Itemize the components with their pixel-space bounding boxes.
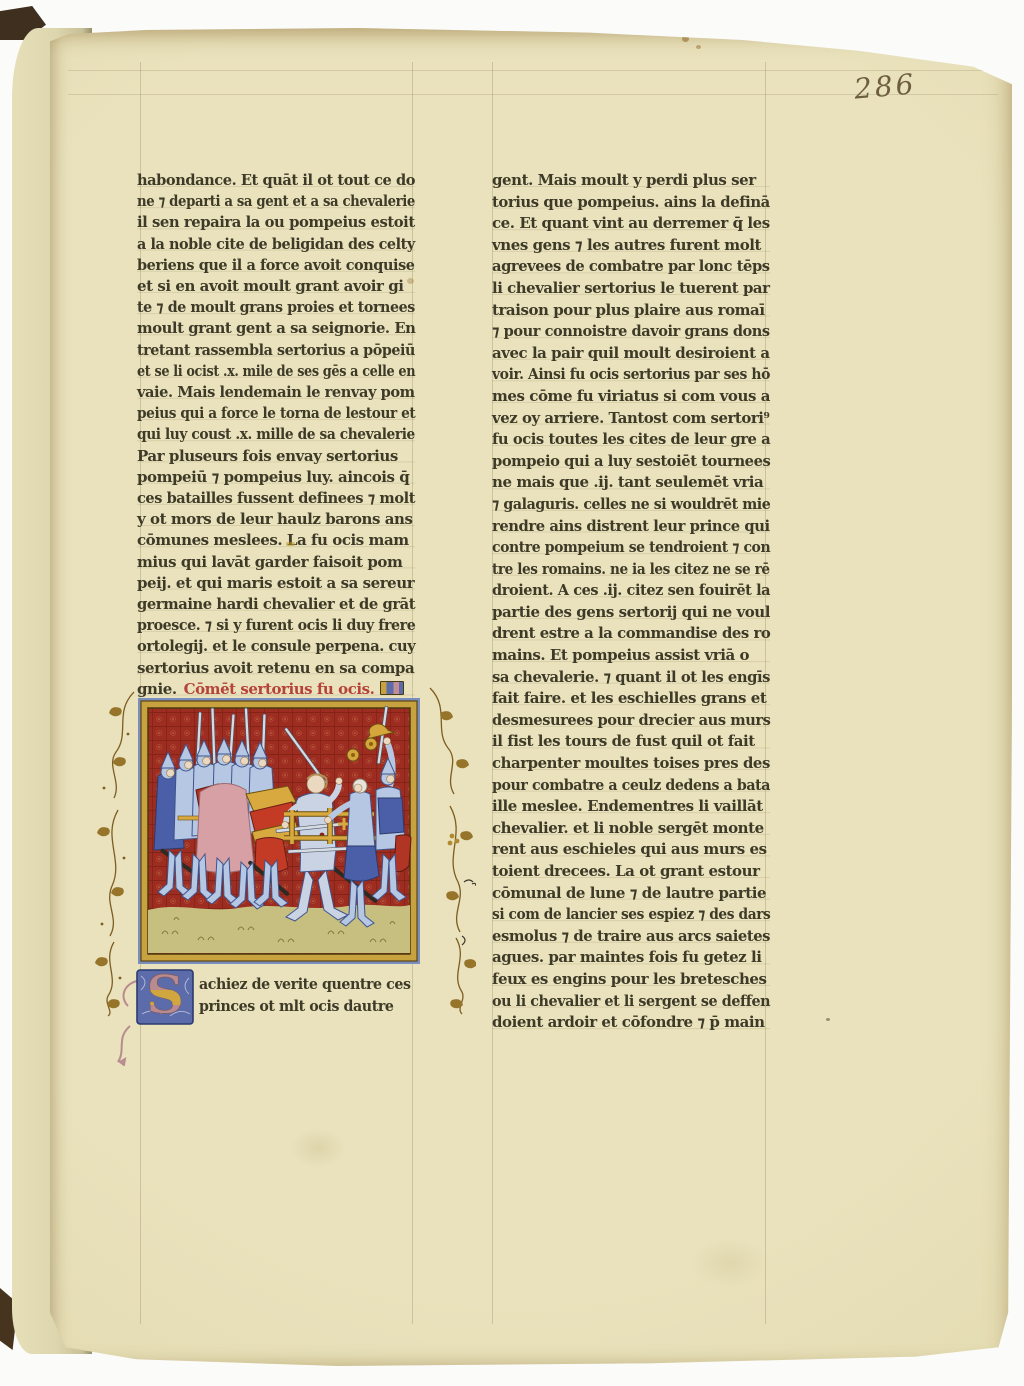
text-line: peius qui a force le torna de lestour et xyxy=(137,403,390,424)
text-line: ⁊ galaguris. celles ne si wouldrēt mie xyxy=(492,494,755,516)
text-line: pompeio qui a luy sestoiēt tournees xyxy=(492,451,764,473)
text-line: tre les romains. ne ia les citez ne se r… xyxy=(492,559,745,581)
foxing-spot xyxy=(696,45,701,49)
text-line: a la noble cite de beligidan des celty xyxy=(137,234,403,255)
rubric-prefix: gnie. xyxy=(137,680,177,698)
text-line: pour combatre a ceulz dedens a bata xyxy=(492,775,755,797)
text-line: chevalier. et li noble sergēt monte xyxy=(492,818,770,840)
text-lines-right: gent. Mais moult y perdi plus sertorius … xyxy=(492,170,770,1034)
red-shield-back xyxy=(394,835,411,872)
stain xyxy=(290,1128,346,1168)
text-line: desmesurees pour drecier aus murs xyxy=(492,710,762,732)
text-line: ne mais que .ij. tant seulemēt vria xyxy=(492,472,770,494)
text-line: charpenter moultes toises pres des xyxy=(492,753,768,775)
text-line: drent estre a la commandise des ro xyxy=(492,623,767,645)
text-line: princes ot mlt ocis dautre xyxy=(199,996,411,1018)
text-line: fu ocis toutes les cites de leur gre a xyxy=(492,429,765,451)
text-line: vez oy arriere. Tantost com sertori⁹ xyxy=(492,408,768,430)
decorated-initial-S: S S xyxy=(110,966,202,1066)
text-line: moult grant gent a sa seignorie. En xyxy=(137,318,411,339)
text-line: ces batailles fussent definees ⁊ molt xyxy=(137,488,406,509)
text-line: mains. Et pompeius assist vriā o xyxy=(492,645,770,667)
text-line: proesce. ⁊ si y furent ocis li duy frere xyxy=(137,615,401,636)
text-line: vnes gens ⁊ les autres furent molt xyxy=(492,235,770,257)
text-line: il fist les tours de fust quil ot fait xyxy=(492,731,770,753)
foxing-spot xyxy=(407,278,414,284)
text-line: ille meslee. Endementres li vaillāt xyxy=(492,796,770,818)
manuscript-page: 286 habondance. Et quāt il ot tout ce do… xyxy=(50,28,1012,1366)
manuscript-photo: 286 habondance. Et quāt il ot tout ce do… xyxy=(0,0,1024,1386)
rubric-text: Cōmēt sertorius fu ocis. xyxy=(184,680,375,698)
text-line: agues. par maintes fois fu getez li xyxy=(492,947,770,969)
text-line: toient drecees. La ot grant estour xyxy=(492,861,770,883)
foxing-spot xyxy=(682,36,689,42)
text-line: habondance. Et quāt il ot tout ce do xyxy=(137,170,407,191)
text-line: voir. Ainsi fu ocis sertorius par ses hō xyxy=(492,364,750,386)
text-line: vaie. Mais lendemain le renvay pom xyxy=(137,382,407,403)
text-line: partie des gens sertorij qui ne voul xyxy=(492,602,770,624)
text-line: et si en avoit moult grant avoir gi xyxy=(137,276,415,297)
text-line: mius qui lavāt garder faisoit pom xyxy=(137,552,415,573)
text-line: germaine hardi chevalier et de grāt xyxy=(137,594,410,615)
text-line: achiez de verite quentre ces xyxy=(199,974,411,996)
text-line: te ⁊ de moult grans proies et tornees xyxy=(137,297,401,318)
text-line: doient ardoir et cōfondre ⁊ p̄ main xyxy=(492,1012,770,1034)
text-line: rent aus eschieles qui aus murs es xyxy=(492,839,770,861)
text-line: fait faire. et les eschielles grans et xyxy=(492,688,770,710)
rubric-line: gnie.Cōmēt sertorius fu ocis. xyxy=(137,679,415,700)
text-line: si com de lancier ses espiez ⁊ des dars xyxy=(492,904,747,926)
ink-speck xyxy=(826,1018,830,1021)
text-line: Par pluseurs fois envay sertorius xyxy=(137,446,415,467)
text-line: il sen repaira la ou pompeius estoit xyxy=(137,212,411,233)
folio-number: 286 xyxy=(853,67,918,105)
text-line: feux es engins pour les bretesches xyxy=(492,969,770,991)
line-filler-ornament xyxy=(380,681,404,695)
text-line: peij. et qui maris estoit a sa sereur xyxy=(137,573,415,594)
grass-ground xyxy=(148,905,410,953)
text-line: mes cōme fu viriatus si com vous a xyxy=(492,386,770,408)
text-column-left: habondance. Et quāt il ot tout ce done ⁊… xyxy=(137,170,415,700)
text-line: beriens que il a force avoit conquise xyxy=(137,255,404,276)
bottom-text-block: S S achiez de verite quentre ces princes… xyxy=(110,966,470,1076)
ruling-line-horizontal xyxy=(68,70,998,71)
miniature-murder-of-sertorius xyxy=(138,698,420,964)
text-lines-left: habondance. Et quāt il ot tout ce done ⁊… xyxy=(137,170,415,679)
text-line: et se li ocist .x. mile de ses gēs a cel… xyxy=(137,361,376,382)
text-line: esmolus ⁊ de traire aus arcs saietes xyxy=(492,926,766,948)
closing-lines: achiez de verite quentre ces princes ot … xyxy=(199,974,423,1017)
text-line: tretant rassembla sertorius a pōpeiū xyxy=(137,340,402,361)
text-line: avec la pair quil moult desiroient a xyxy=(492,343,769,365)
text-line: gent. Mais moult y perdi plus ser xyxy=(492,170,770,192)
text-line: torius que pompeius. ains la definā xyxy=(492,192,767,214)
text-line: traison pour plus plaire aus romaī xyxy=(492,300,770,322)
text-line: sertorius avoit retenu en sa compa xyxy=(137,658,415,679)
text-line: ortolegij. et le consule perpena. cuy xyxy=(137,636,408,657)
foxing-spot xyxy=(286,542,295,546)
text-line: cōmunes meslees. La fu ocis mam xyxy=(137,530,415,551)
text-line: agrevees de combatre par lonc tēps xyxy=(492,256,764,278)
text-line: sa chevalerie. ⁊ quant il ot les engīs xyxy=(492,667,765,689)
text-line: y ot mors de leur haulz barons ans xyxy=(137,509,415,530)
text-line: ne ⁊ departi a sa gent et a sa chevaleri… xyxy=(137,191,383,212)
text-line: li chevalier sertorius le tuerent par xyxy=(492,278,768,300)
text-line: pompeiū ⁊ pompeius luy. aincois q̄ xyxy=(137,467,415,488)
text-line: cōmunal de lune ⁊ de lautre partie xyxy=(492,883,770,905)
text-line: rendre ains distrent leur prince qui xyxy=(492,516,765,538)
ink-flourish xyxy=(462,880,476,945)
stain xyxy=(690,1238,770,1288)
text-line: droient. A ces .ij. citez sen fouirēt la xyxy=(492,580,761,602)
text-line: contre pompeium se tendroient ⁊ con xyxy=(492,537,751,559)
text-column-right: gent. Mais moult y perdi plus sertorius … xyxy=(492,170,770,1034)
text-line: qui luy coust .x. mille de sa chevalerie xyxy=(137,424,392,445)
text-line: ce. Et quant vint au derremer q̄ les xyxy=(492,213,770,235)
text-line: ⁊ pour connoistre davoir grans dons xyxy=(492,321,761,343)
text-line: ou li chevalier et li sergent se deffen xyxy=(492,991,758,1013)
